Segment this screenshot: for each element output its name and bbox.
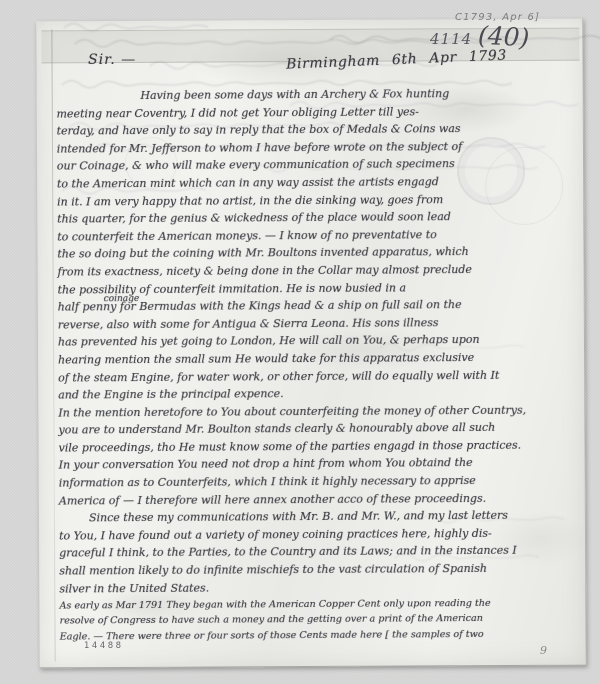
letter-line-text: America of — I therefore will here annex… (59, 492, 486, 508)
letter-line-text: hearing mention the small sum He would t… (58, 351, 474, 367)
letter-line-text: In the mention heretofore to You about c… (58, 403, 526, 419)
letter-line-text: silver in the United States. (59, 581, 209, 595)
letter-line-text: of the steam Engine, for water work, or … (58, 368, 499, 384)
letter-line-text: to the American mint which can in any wa… (57, 175, 439, 190)
letter-line-text: you are to understand Mr. Boulton stands… (58, 421, 495, 437)
letter-line-text: graceful I think, to the Parties, to the… (59, 544, 517, 560)
letter-line-text: resolve of Congress to have such a money… (60, 613, 483, 627)
scanned-letter: C1793, Apr 6] 4114 (40) Sir. — Birmingha… (0, 0, 600, 684)
letter-line-text: intended for Mr. Jefferson to whom I hav… (57, 140, 463, 155)
letter-line-text: shall mention likely to do infinite misc… (59, 562, 487, 578)
letter-line-text: vile proceedings, tho He must know some … (58, 439, 521, 455)
letter-line-text: to counterfeit the American moneys. — I … (57, 228, 437, 243)
collection-stamp-number: 14488 (84, 641, 124, 651)
corner-page-number: 9 (540, 644, 547, 657)
letter-line-text: from its exactness, nicety & being done … (57, 263, 471, 279)
interline-insertion: coinage (104, 291, 140, 309)
letter-line-text: reverse, also with some for Antigua & Si… (58, 316, 439, 331)
letter-line-text: meeting near Coventry, I did not get You… (56, 105, 418, 120)
letter-line-text: the so doing but the coining with Mr. Bo… (57, 245, 468, 261)
letter-line-text: Since these my communications with Mr. B… (89, 509, 508, 525)
letter-line-text: terday, and have only to say in reply th… (57, 122, 461, 137)
letter-body: Having been some days with an Archery & … (56, 84, 563, 643)
letter-line: Eagle. — There were three or four sorts … (60, 625, 564, 643)
letter-line-text: and the Engine is the principal expence. (58, 387, 283, 401)
fold-crease (51, 29, 55, 661)
page-number-note: 4114 (430, 30, 472, 48)
letter-line-text: our Coinage, & who will make every commu… (57, 157, 455, 172)
letter-line-text: Having been some days with an Archery & … (140, 87, 449, 102)
letter-line-text: In your conversation You need not drop a… (59, 456, 473, 472)
letter-line-text: in it. I am very happy that no artist, i… (57, 193, 443, 208)
letter-line-text: information as to Counterfeits, which I … (59, 474, 476, 490)
salutation: Sir. — (88, 52, 136, 68)
letter-line-text: to You, I have found out a variety of mo… (59, 527, 492, 543)
letter-line-text: has prevented his yet going to London, H… (58, 333, 480, 349)
letter-line-text: this quarter, for the genius & wickednes… (57, 210, 451, 225)
